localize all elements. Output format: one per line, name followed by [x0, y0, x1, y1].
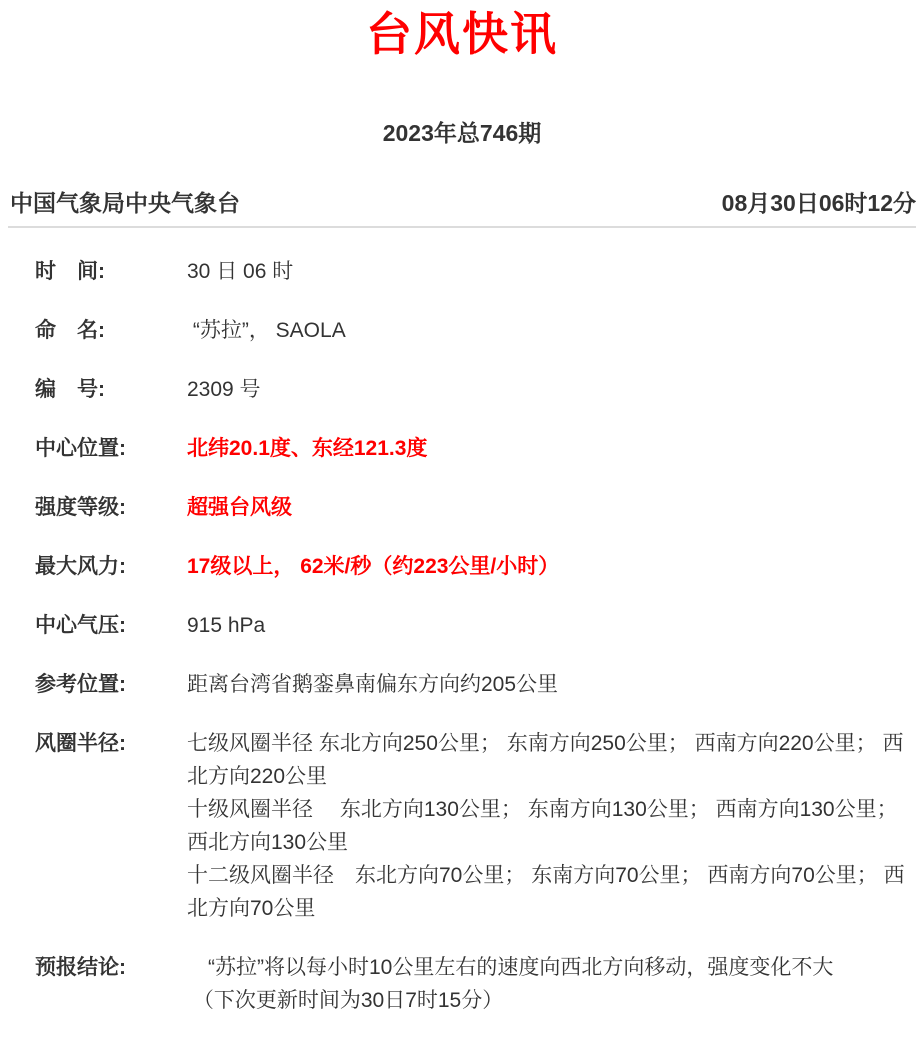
field-value-forecast-conclusion: “苏拉”将以每小时10公里左右的速度向西北方向移动，强度变化不大 （下次更新时间…: [187, 951, 908, 1017]
field-value-max-wind: 17级以上， 62米/秒（约223公里/小时）: [187, 550, 908, 583]
field-value-time: 30 日 06 时: [187, 255, 908, 288]
field-label-name: 命 名:: [35, 314, 187, 347]
field-row-reference-position: 参考位置: 距离台湾省鹅銮鼻南偏东方向约205公里: [35, 668, 908, 701]
issue-datetime: 08月30日06时12分: [722, 188, 916, 218]
field-label-number: 编 号:: [35, 373, 187, 406]
field-label-intensity: 强度等级:: [35, 491, 187, 524]
field-value-center-position: 北纬20.1度、东经121.3度: [187, 432, 908, 465]
field-row-time: 时 间: 30 日 06 时: [35, 255, 908, 288]
page-title: 台风快讯: [0, 6, 924, 62]
field-label-max-wind: 最大风力:: [35, 550, 187, 583]
field-row-forecast-conclusion: 预报结论: “苏拉”将以每小时10公里左右的速度向西北方向移动，强度变化不大 （…: [35, 951, 908, 1017]
field-label-time: 时 间:: [35, 255, 187, 288]
field-label-reference-position: 参考位置:: [35, 668, 187, 701]
field-label-forecast-conclusion: 预报结论:: [35, 951, 187, 984]
field-row-central-pressure: 中心气压: 915 hPa: [35, 609, 908, 642]
field-row-center-position: 中心位置: 北纬20.1度、东经121.3度: [35, 432, 908, 465]
field-value-name: “苏拉”， SAOLA: [187, 314, 908, 347]
field-label-center-position: 中心位置:: [35, 432, 187, 465]
fields-list: 时 间: 30 日 06 时 命 名: “苏拉”， SAOLA 编 号: 230…: [0, 228, 924, 1017]
field-row-name: 命 名: “苏拉”， SAOLA: [35, 314, 908, 347]
agency-row: 中国气象局中央气象台 08月30日06时12分: [0, 188, 924, 218]
field-row-max-wind: 最大风力: 17级以上， 62米/秒（约223公里/小时）: [35, 550, 908, 583]
issue-number: 2023年总746期: [0, 118, 924, 148]
field-row-number: 编 号: 2309 号: [35, 373, 908, 406]
field-value-intensity: 超强台风级: [187, 491, 908, 524]
typhoon-bulletin-page: 台风快讯 2023年总746期 中国气象局中央气象台 08月30日06时12分 …: [0, 6, 924, 1050]
field-label-wind-circle-radius: 风圈半径:: [35, 727, 187, 760]
field-value-reference-position: 距离台湾省鹅銮鼻南偏东方向约205公里: [187, 668, 908, 701]
field-label-central-pressure: 中心气压:: [35, 609, 187, 642]
field-value-central-pressure: 915 hPa: [187, 609, 908, 642]
field-row-wind-circle-radius: 风圈半径: 七级风圈半径 东北方向250公里； 东南方向250公里； 西南方向2…: [35, 727, 908, 925]
field-value-wind-circle-radius: 七级风圈半径 东北方向250公里； 东南方向250公里； 西南方向220公里； …: [187, 727, 908, 925]
agency-name: 中国气象局中央气象台: [10, 188, 240, 218]
field-value-number: 2309 号: [187, 373, 908, 406]
field-row-intensity: 强度等级: 超强台风级: [35, 491, 908, 524]
